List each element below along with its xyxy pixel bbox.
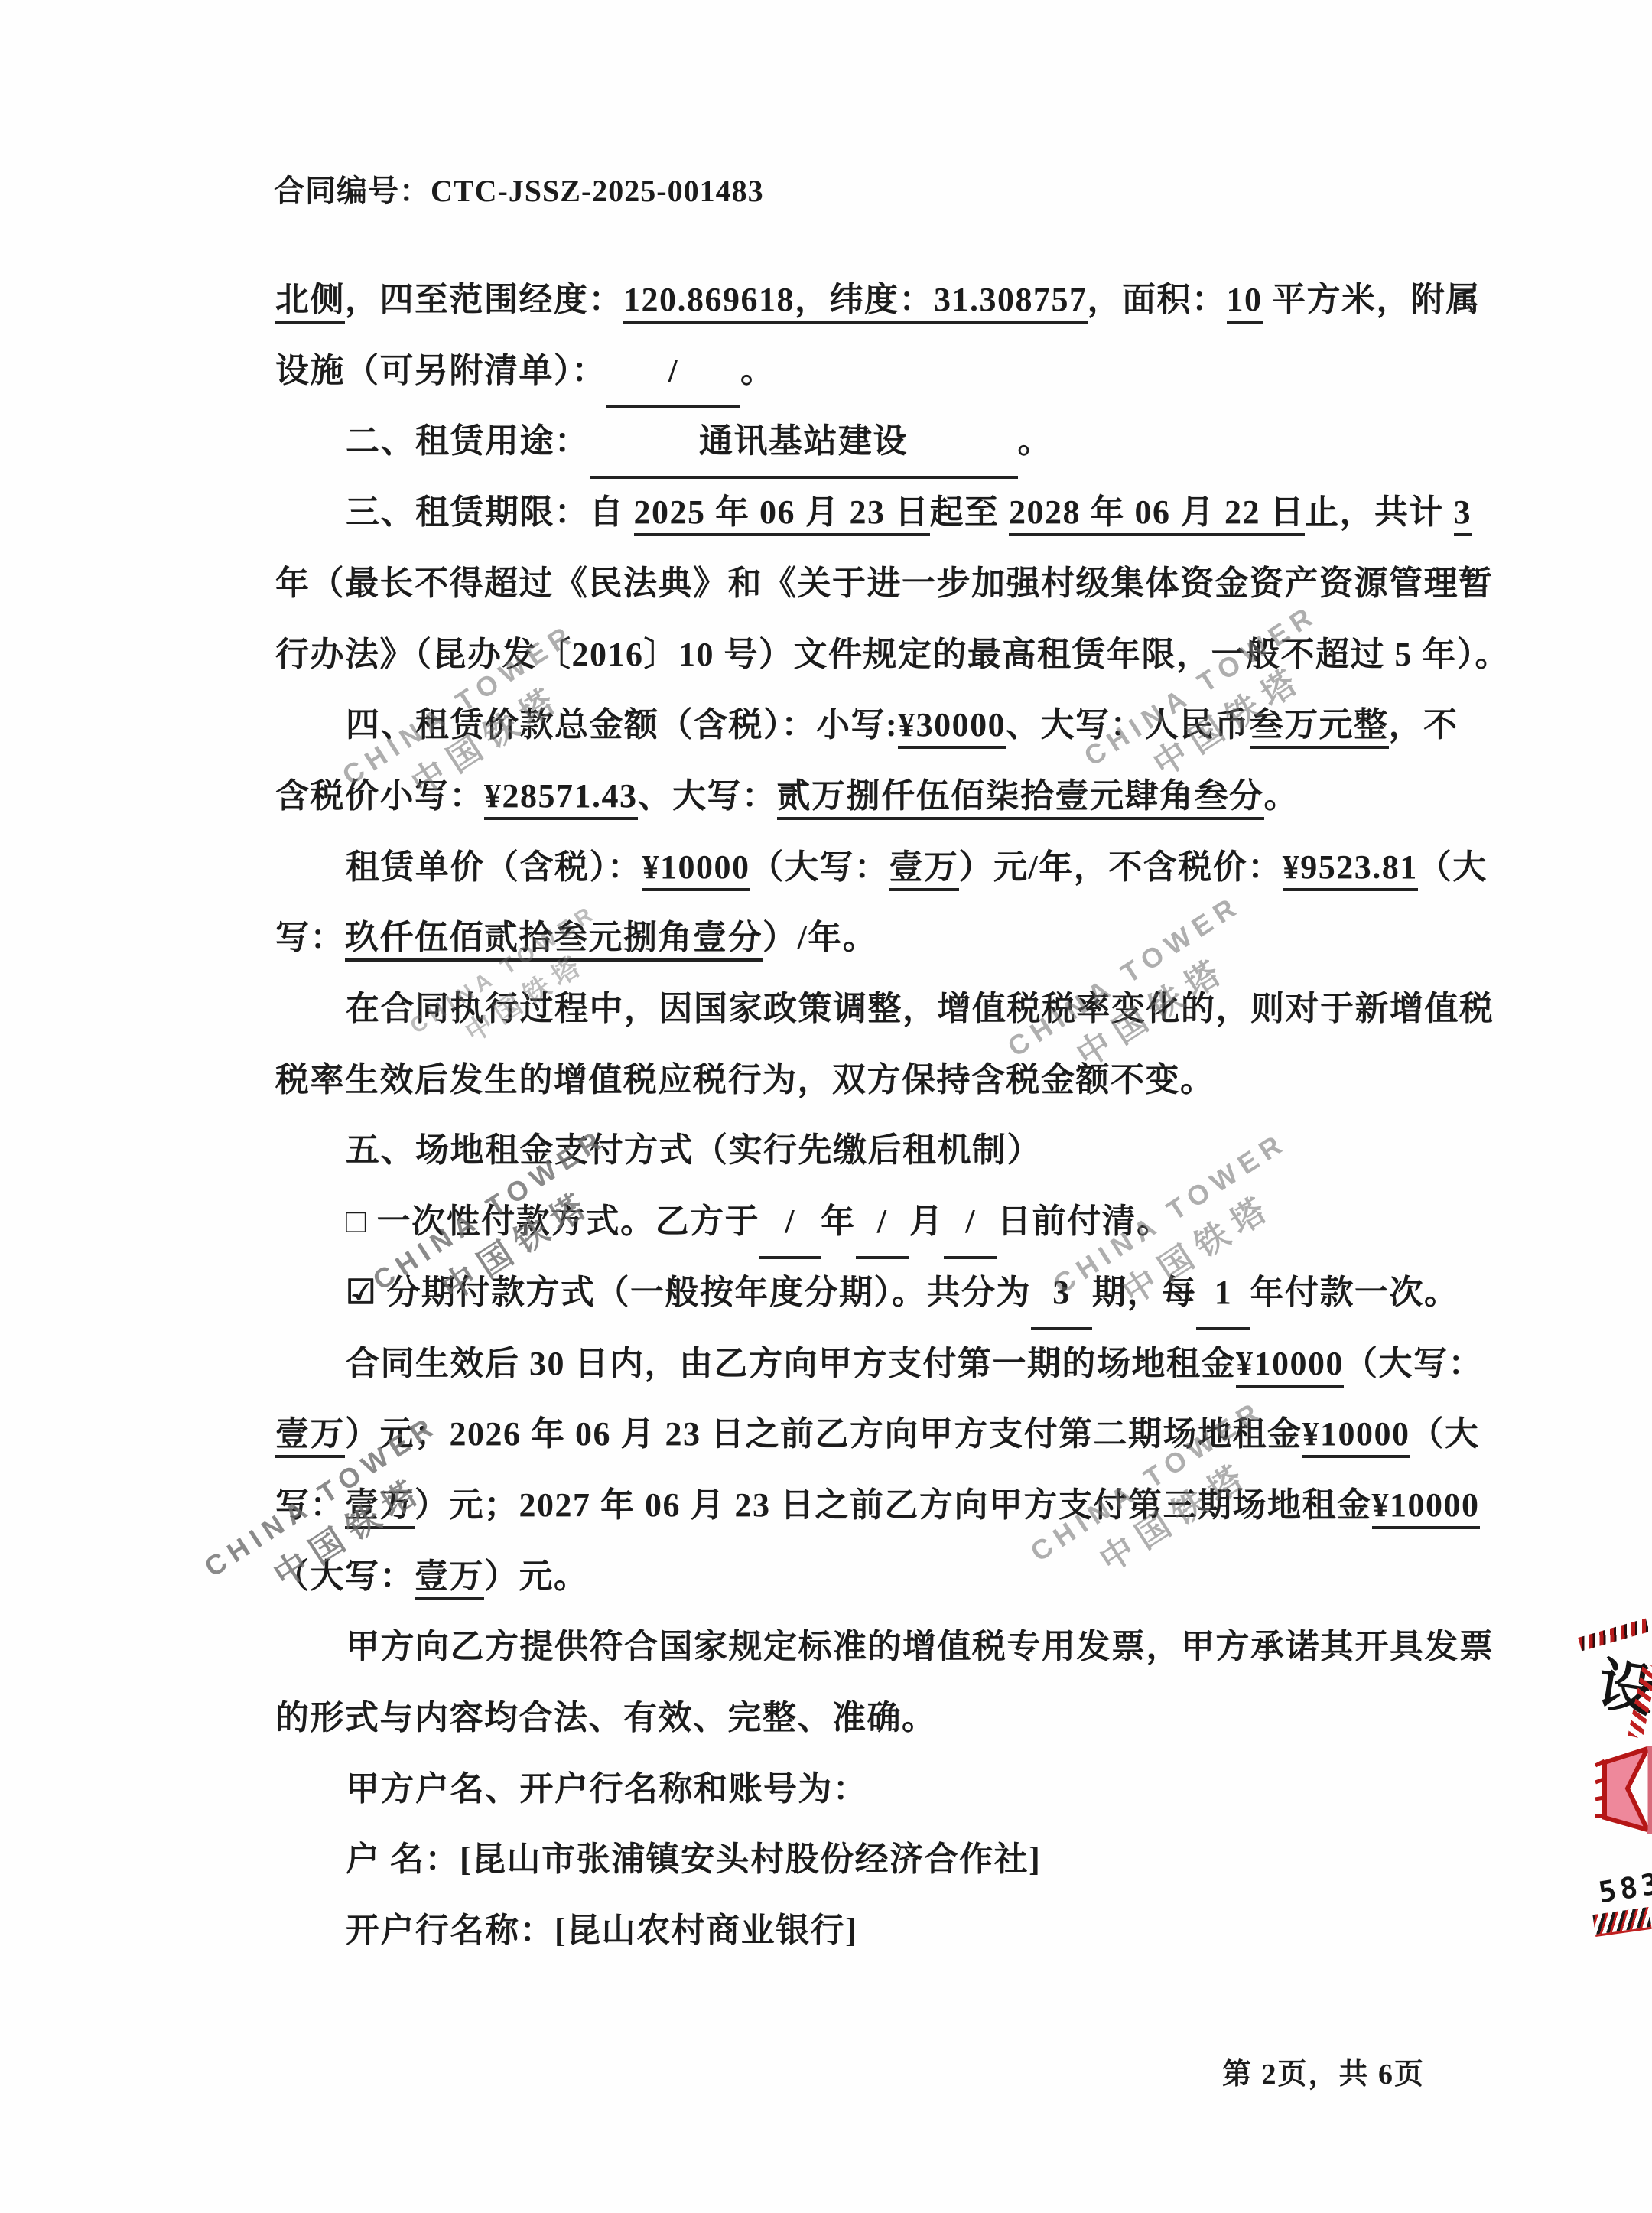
text-segment: 三、租赁期限：自 <box>346 493 634 531</box>
underlined-value: 北侧 <box>275 281 345 324</box>
text-segment: 租赁单价（含税）： <box>346 848 642 886</box>
text-segment: 写： <box>275 919 345 956</box>
text-segment: ）元。 <box>484 1557 589 1595</box>
text-segment: 开户行名称：[昆山农村商业银行] <box>346 1912 857 1949</box>
document-line: （大写：壹万）元。 <box>275 1544 1468 1616</box>
text-segment: 五、场地租金支付方式（实行先缴后租机制） <box>346 1131 1042 1169</box>
text-segment: ，不 <box>1389 706 1459 744</box>
underlined-value: / <box>856 1189 909 1259</box>
document-line: 三、租赁期限：自 2025 年 06 月 23 日起至 2028 年 06 月 … <box>275 480 1539 552</box>
checkbox-unchecked-icon: □ <box>346 1203 367 1240</box>
document-line: 户 名：[昆山市张浦镇安头村股份经济合作社] <box>275 1827 1539 1899</box>
text-segment: 二、租赁用途： <box>346 422 590 460</box>
underlined-value: 贰万捌仟伍佰柒拾壹元肆角叁分 <box>777 777 1264 820</box>
text-segment: 写： <box>275 1486 345 1524</box>
text-segment: 。 <box>740 352 776 389</box>
text-segment: 设施（可另附清单）： <box>275 352 606 389</box>
document-line: 甲方户名、开户行名称和账号为： <box>275 1757 1539 1828</box>
contract-page: 合同编号：CTC-JSSZ-2025-001483 北侧，四至范围经度：120.… <box>0 0 1652 2213</box>
underlined-value: ¥10000 <box>642 848 750 891</box>
document-line: 二、租赁用途：通讯基站建设。 <box>275 409 1539 480</box>
text-segment: ）元；2026 年 06 月 23 日之前乙方向甲方支付第二期场地租金 <box>345 1415 1302 1453</box>
underlined-value: 壹万 <box>889 848 959 891</box>
underlined-value: ¥30000 <box>898 706 1006 749</box>
underlined-value: 2028 年 06 月 22 日 <box>1009 493 1305 536</box>
text-segment: 户 名：[昆山市张浦镇安头村股份经济合作社] <box>346 1840 1041 1878</box>
text-segment: ）/年。 <box>763 919 877 956</box>
document-line: 甲方向乙方提供符合国家规定标准的增值税专用发票，甲方承诺其开具发票 <box>275 1615 1539 1686</box>
text-segment: 。 <box>1264 777 1299 815</box>
underlined-value: ¥28571.43 <box>484 777 638 820</box>
text-segment: 税率生效后发生的增值税应税行为，双方保持含税金额不变。 <box>275 1061 1215 1098</box>
text-segment: ，面积： <box>1088 281 1227 318</box>
text-segment: 含税价小写： <box>275 777 484 815</box>
document-line: 五、场地租金支付方式（实行先缴后租机制） <box>275 1118 1539 1189</box>
text-segment: （大写： <box>750 848 889 886</box>
underlined-value: / <box>759 1189 821 1259</box>
document-line: 壹万）元；2026 年 06 月 23 日之前乙方向甲方支付第二期场地租金¥10… <box>275 1402 1468 1473</box>
text-segment: 年 <box>821 1203 856 1240</box>
text-segment: 在合同执行过程中，因国家政策调整，增值税税率变化的，则对于新增值税 <box>346 990 1494 1027</box>
text-segment: 、大写： <box>638 777 777 815</box>
text-segment: 日前付清。 <box>997 1203 1172 1240</box>
checkbox-checked-icon: ☑ <box>346 1274 377 1311</box>
text-segment: 合同生效后 30 日内，由乙方向甲方支付第一期的场地租金 <box>346 1345 1236 1382</box>
document-line: 行办法》（昆办发〔2016〕10 号）文件规定的最高租赁年限，一般不超过 5 年… <box>275 623 1468 694</box>
text-segment: 平方米，附属 <box>1263 281 1481 318</box>
underlined-value: 玖仟伍佰贰拾叁元捌角壹分 <box>345 919 763 962</box>
text-segment: 四、租赁价款总金额（含税）：小写: <box>346 706 898 744</box>
underlined-value: 120.869618，纬度：31.308757 <box>623 281 1088 324</box>
text-segment: ）元/年，不含税价： <box>959 848 1283 886</box>
underlined-value: 3 <box>1454 493 1472 536</box>
underlined-value: ¥9523.81 <box>1283 848 1418 891</box>
underlined-value: ¥10000 <box>1236 1345 1344 1388</box>
seal-fragment-icon <box>1594 1746 1652 1838</box>
document-line: 开户行名称：[昆山农村商业银行] <box>275 1899 1539 1970</box>
text-segment: ，四至范围经度： <box>345 281 623 318</box>
text-segment: 月 <box>909 1203 945 1240</box>
text-segment: 。 <box>1018 422 1053 460</box>
text-segment: （大写： <box>275 1557 415 1595</box>
text-segment: ）元；2027 年 06 月 23 日之前乙方向甲方支付第三期场地租金 <box>415 1486 1372 1524</box>
text-segment: 、大写：人民币 <box>1006 706 1250 744</box>
underlined-value: 2025 年 06 月 23 日 <box>634 493 930 536</box>
document-line: 北侧，四至范围经度：120.869618，纬度：31.308757，面积：10 … <box>275 268 1468 339</box>
page-footer: 第 2页，共 6页 <box>1222 2050 1425 2092</box>
document-line: 写：玖仟伍佰贰拾叁元捌角壹分）/年。 <box>275 906 1468 977</box>
underlined-value: 壹万 <box>275 1415 345 1458</box>
text-segment: 期，每 <box>1092 1274 1197 1311</box>
underlined-value: 叁万元整 <box>1250 706 1389 749</box>
underlined-value: 通讯基站建设 <box>590 409 1018 479</box>
text-segment: 年付款一次。 <box>1250 1274 1459 1311</box>
text-segment: 一次性付款方式。乙方于 <box>367 1203 759 1240</box>
contract-body: 北侧，四至范围经度：120.869618，纬度：31.308757，面积：10 … <box>0 0 1652 2213</box>
underlined-value: 10 <box>1227 281 1263 324</box>
underlined-value: 壹万 <box>345 1486 415 1529</box>
document-line: 合同生效后 30 日内，由乙方向甲方支付第一期的场地租金¥10000（大写： <box>275 1332 1539 1403</box>
underlined-value: 3 <box>1031 1261 1092 1330</box>
text-segment: 甲方户名、开户行名称和账号为： <box>346 1770 868 1808</box>
document-line: 含税价小写：¥28571.43、大写：贰万捌仟伍佰柒拾壹元肆角叁分。 <box>275 764 1468 835</box>
underlined-value: / <box>606 339 740 408</box>
document-line: 在合同执行过程中，因国家政策调整，增值税税率变化的，则对于新增值税 <box>275 977 1539 1048</box>
document-line: 租赁单价（含税）：¥10000（大写：壹万）元/年，不含税价：¥9523.81（… <box>275 835 1539 906</box>
text-segment: 起至 <box>930 493 1010 531</box>
underlined-value: / <box>944 1189 997 1259</box>
document-line: 年（最长不得超过《民法典》和《关于进一步加强村级集体资金资产资源管理暂 <box>275 552 1468 623</box>
text-segment: 年（最长不得超过《民法典》和《关于进一步加强村级集体资金资产资源管理暂 <box>275 565 1494 602</box>
document-line: 税率生效后发生的增值税应税行为，双方保持含税金额不变。 <box>275 1048 1468 1119</box>
text-segment: （大 <box>1418 848 1488 886</box>
text-segment: 分期付款方式（一般按年度分期）。共分为 <box>377 1274 1031 1311</box>
document-line: 的形式与内容均合法、有效、完整、准确。 <box>275 1686 1468 1757</box>
text-segment: 止，共计 <box>1305 493 1454 531</box>
document-line: 设施（可另附清单）：/。 <box>275 339 1468 410</box>
document-line: 四、租赁价款总金额（含税）：小写:¥30000、大写：人民币叁万元整，不 <box>275 693 1539 764</box>
document-line: □ 一次性付款方式。乙方于/年/月/日前付清。 <box>275 1189 1539 1261</box>
document-line: ☑ 分期付款方式（一般按年度分期）。共分为3期，每1年付款一次。 <box>275 1261 1539 1332</box>
text-segment: 行办法》（昆办发〔2016〕10 号）文件规定的最高租赁年限，一般不超过 5 年… <box>275 636 1510 673</box>
text-segment: 的形式与内容均合法、有效、完整、准确。 <box>275 1699 937 1736</box>
text-segment: （大写： <box>1344 1345 1483 1382</box>
underlined-value: 1 <box>1196 1261 1250 1330</box>
text-segment: 甲方向乙方提供符合国家规定标准的增值税专用发票，甲方承诺其开具发票 <box>346 1628 1494 1665</box>
underlined-value: ¥10000 <box>1372 1486 1480 1529</box>
underlined-value: 壹万 <box>415 1557 484 1600</box>
underlined-value: ¥10000 <box>1302 1415 1410 1458</box>
document-line: 写：壹万）元；2027 年 06 月 23 日之前乙方向甲方支付第三期场地租金¥… <box>275 1473 1468 1544</box>
text-segment: （大 <box>1410 1415 1480 1453</box>
